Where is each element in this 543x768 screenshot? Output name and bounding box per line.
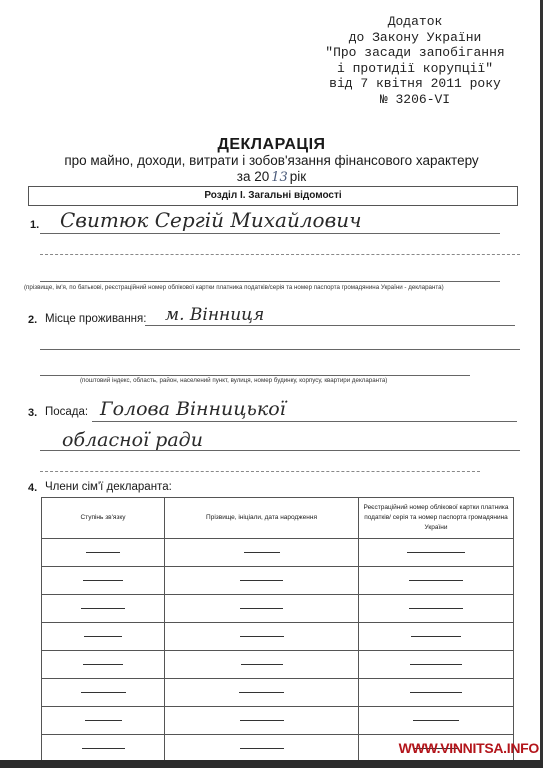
table-row bbox=[42, 623, 514, 651]
field-number: 3. bbox=[28, 407, 37, 419]
residence-field-line-3 bbox=[40, 375, 470, 376]
residence-handwritten: м. Вінниця bbox=[165, 305, 264, 325]
cell-dash bbox=[165, 623, 359, 651]
cell-dash bbox=[165, 539, 359, 567]
cell-dash bbox=[165, 679, 359, 707]
name-field-line-3 bbox=[40, 281, 500, 282]
position-handwritten-line1: Голова Вінницької bbox=[100, 398, 286, 420]
name-field-line-2 bbox=[40, 254, 520, 255]
addendum-line: "Про засади запобігання bbox=[300, 45, 530, 61]
table-row bbox=[42, 539, 514, 567]
family-members-table: Ступінь зв'язку Прізвище, ініціали, дата… bbox=[41, 497, 514, 763]
cell-dash bbox=[42, 567, 165, 595]
cell-dash bbox=[42, 735, 165, 763]
table-row bbox=[42, 707, 514, 735]
cell-dash bbox=[42, 651, 165, 679]
cell-dash bbox=[359, 707, 514, 735]
document-title: ДЕКЛАРАЦІЯ bbox=[0, 136, 543, 154]
column-header-tax-id-passport: Реєстраційний номер облікової картки пла… bbox=[359, 498, 514, 539]
addendum-line: № 3206-VI bbox=[300, 92, 530, 108]
name-field-line bbox=[40, 233, 500, 234]
document-subtitle: про майно, доходи, витрати і зобов'язанн… bbox=[0, 153, 543, 168]
section-header: Розділ І. Загальні відомості bbox=[28, 186, 518, 206]
cell-dash bbox=[359, 623, 514, 651]
table-row bbox=[42, 679, 514, 707]
cell-dash bbox=[42, 707, 165, 735]
residence-field-line bbox=[145, 325, 515, 326]
cell-dash bbox=[165, 567, 359, 595]
position-label: Посада: bbox=[45, 406, 88, 418]
bottom-bar bbox=[0, 760, 543, 768]
year-handwritten: 13 bbox=[269, 170, 290, 185]
cell-dash bbox=[359, 539, 514, 567]
addendum-line: до Закону України bbox=[300, 30, 530, 46]
cell-dash bbox=[42, 679, 165, 707]
cell-dash bbox=[42, 539, 165, 567]
site-watermark: WWW.VINNITSA.INFO bbox=[399, 740, 539, 756]
field-number: 2. bbox=[28, 314, 37, 326]
position-field-line-3 bbox=[40, 471, 480, 472]
addendum-line: і протидії корупції" bbox=[300, 61, 530, 77]
table-row bbox=[42, 595, 514, 623]
declarant-name-handwritten: Свитюк Сергій Михайлович bbox=[60, 208, 362, 232]
cell-dash bbox=[165, 651, 359, 679]
year-suffix: рік bbox=[290, 169, 306, 184]
cell-dash bbox=[359, 679, 514, 707]
position-field-line bbox=[92, 421, 517, 422]
column-header-name-dob: Прізвище, ініціали, дата народження bbox=[165, 498, 359, 539]
cell-dash bbox=[359, 567, 514, 595]
field-number: 1. bbox=[30, 219, 39, 231]
table-row bbox=[42, 567, 514, 595]
table-header-row: Ступінь зв'язку Прізвище, ініціали, дата… bbox=[42, 498, 514, 539]
cell-dash bbox=[42, 623, 165, 651]
residence-field-line-2 bbox=[40, 349, 520, 350]
cell-dash bbox=[359, 651, 514, 679]
addendum-line: від 7 квітня 2011 року bbox=[300, 76, 530, 92]
residence-field-caption: (поштовий індекс, область, район, населе… bbox=[80, 377, 387, 384]
declaration-year: за 2013рік bbox=[0, 169, 543, 185]
cell-dash bbox=[165, 595, 359, 623]
name-field-caption: (прізвище, ім'я, по батькові, реєстрацій… bbox=[24, 284, 444, 291]
cell-dash bbox=[165, 707, 359, 735]
table-row bbox=[42, 651, 514, 679]
position-field-line-2 bbox=[40, 450, 520, 451]
field-number: 4. bbox=[28, 482, 37, 494]
residence-label: Місце проживання: bbox=[45, 313, 146, 325]
family-label: Члени сім'ї декларанта: bbox=[45, 481, 172, 493]
addendum-line: Додаток bbox=[300, 14, 530, 30]
year-prefix: за 20 bbox=[237, 169, 269, 184]
cell-dash bbox=[359, 595, 514, 623]
column-header-relation: Ступінь зв'язку bbox=[42, 498, 165, 539]
law-addendum-note: Додаток до Закону України "Про засади за… bbox=[300, 14, 530, 107]
cell-dash bbox=[42, 595, 165, 623]
position-handwritten-line2: обласної ради bbox=[62, 429, 203, 451]
cell-dash bbox=[165, 735, 359, 763]
